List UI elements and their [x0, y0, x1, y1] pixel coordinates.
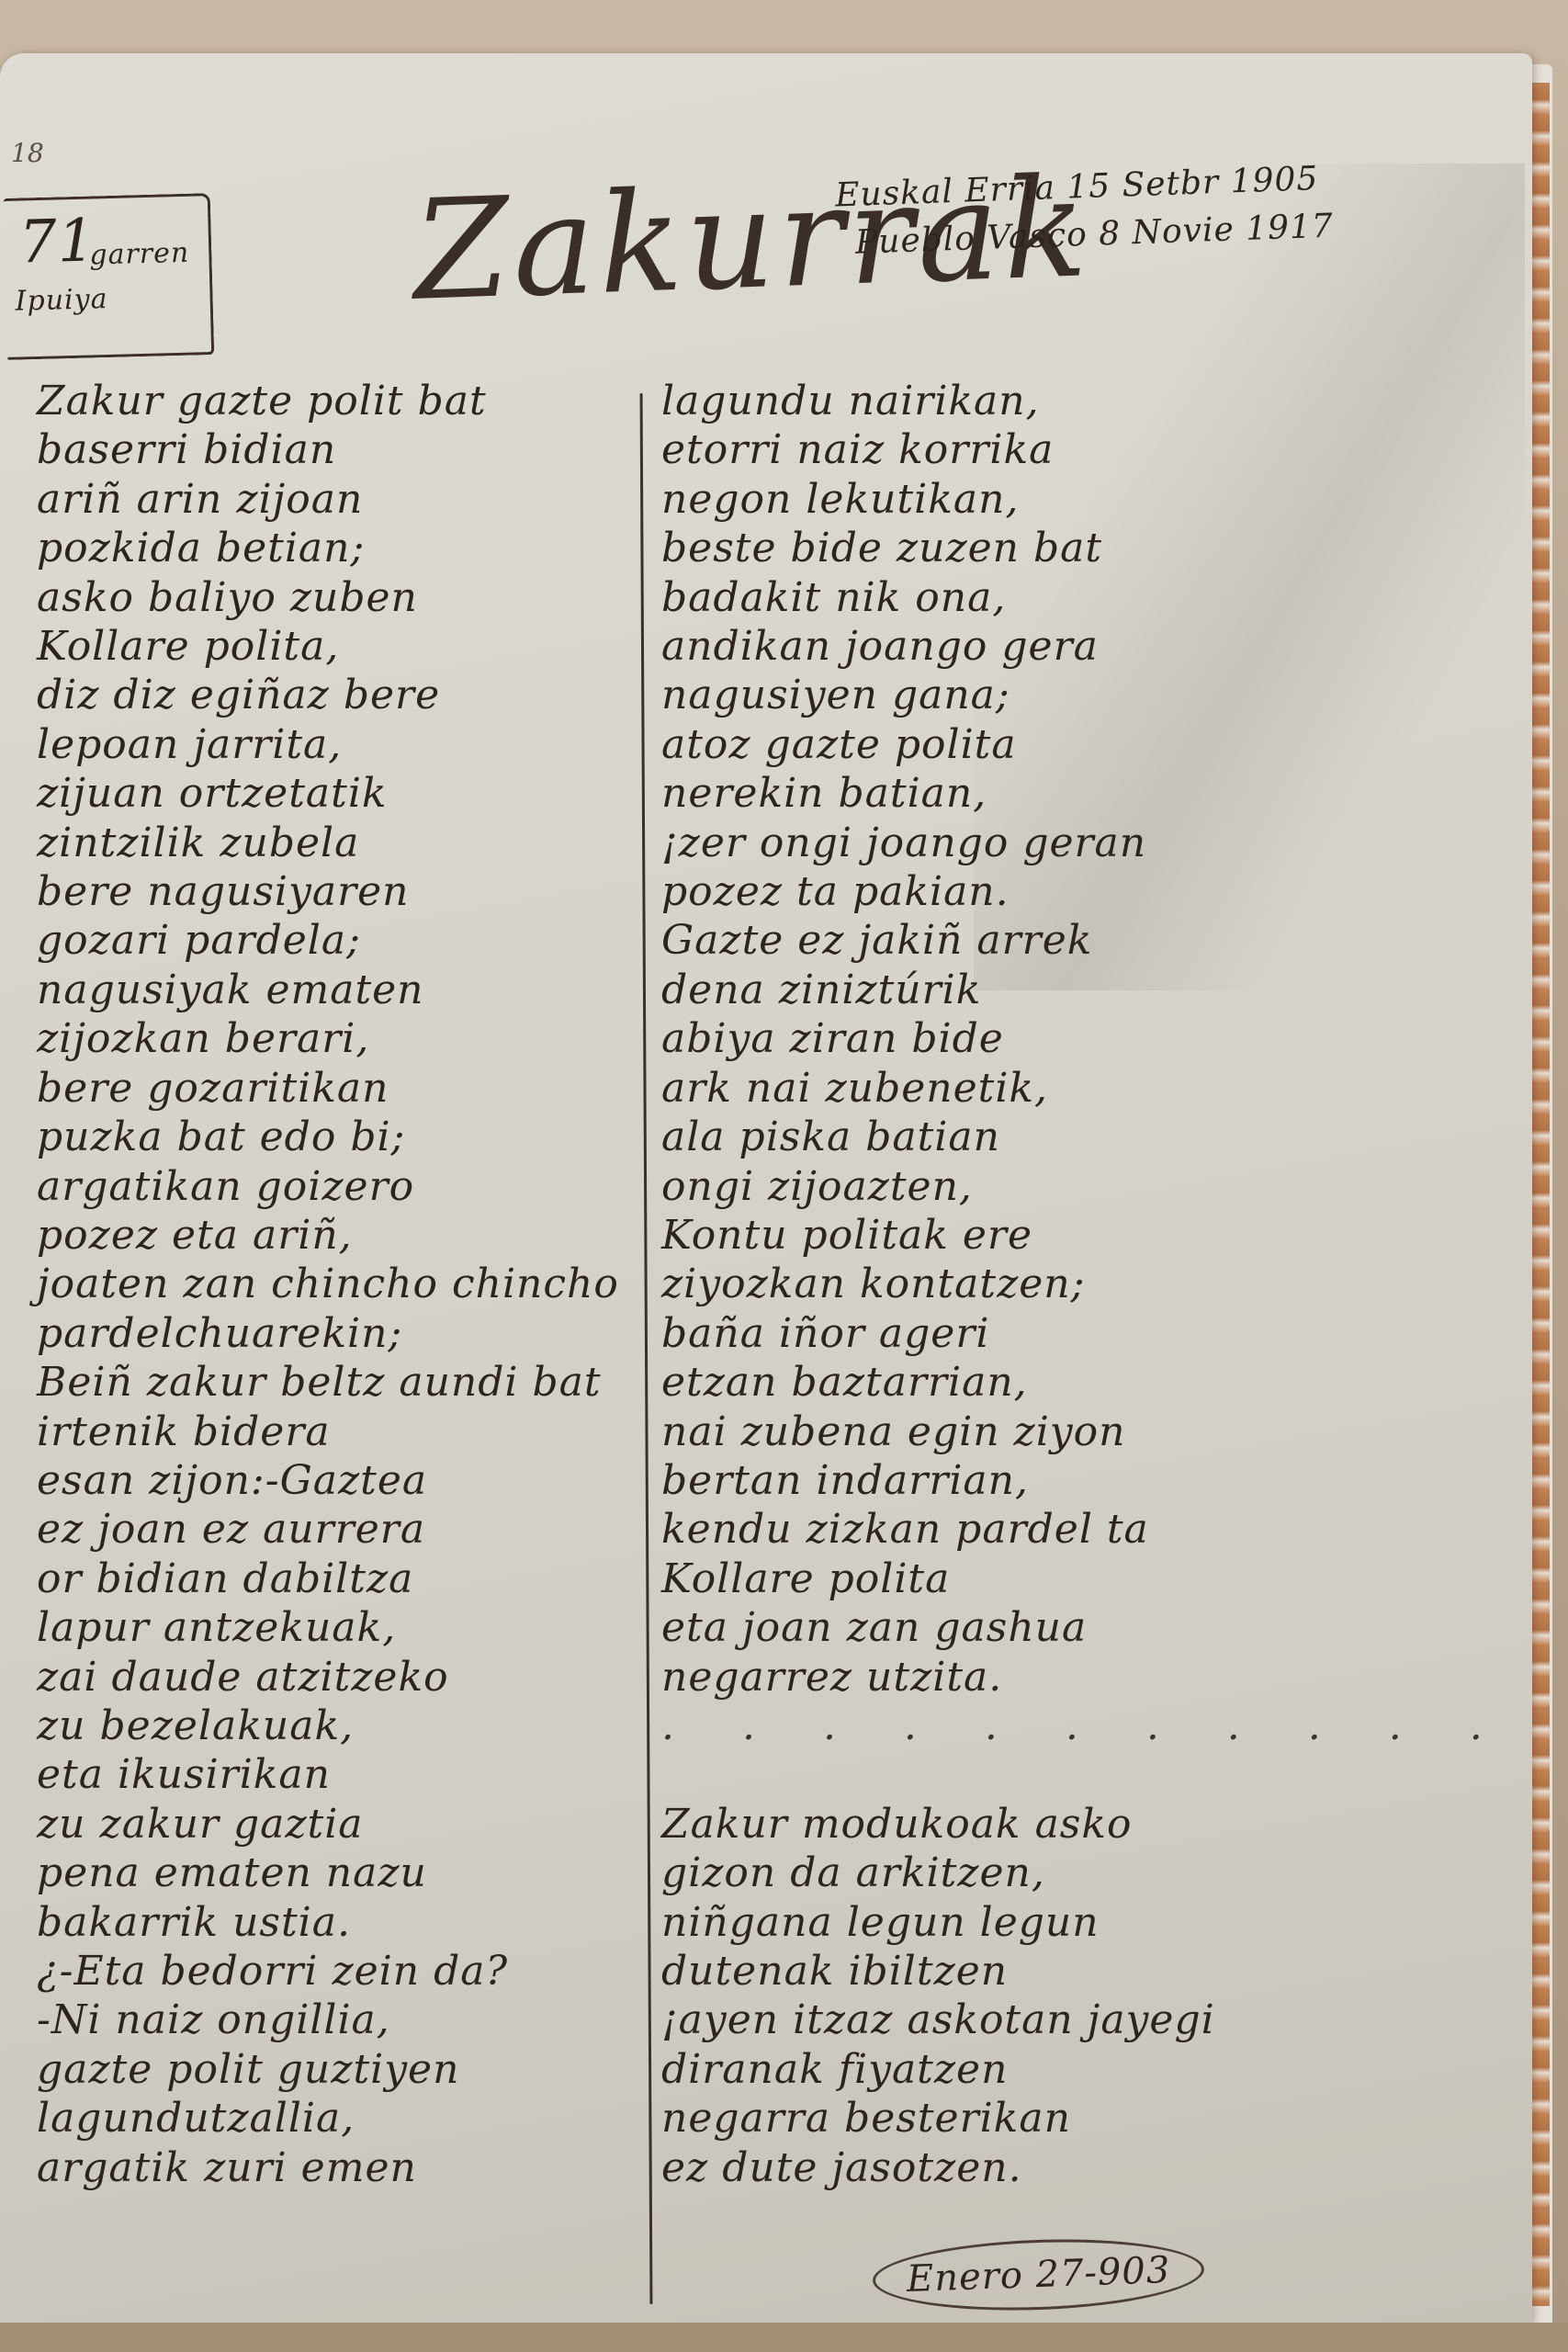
verse-line: zai daude atzitzeko: [37, 1653, 643, 1702]
verse-line: andikan joango gera: [661, 622, 1304, 671]
verse-line: nerekin batian,: [661, 769, 1304, 818]
verse-line: eta joan zan gashua: [661, 1603, 1304, 1652]
verse-line: pardelchuarekin;: [37, 1309, 643, 1358]
date-signature: Enero 27-903: [872, 2234, 1206, 2316]
verse-line: zintzilik zubela: [37, 819, 643, 867]
verse-line: ongi zijoazten,: [661, 1162, 1304, 1211]
verse-line: diz diz egiñaz bere: [37, 671, 643, 719]
verse-line: etzan baztarrian,: [661, 1358, 1304, 1407]
verse-line: gizon da arkitzen,: [661, 1849, 1304, 1897]
verse-line: bere gozaritikan: [37, 1064, 643, 1113]
verse-line: etorri naiz korrika: [661, 425, 1304, 474]
corner-page-mark: 18: [11, 138, 44, 168]
verse-line: atoz gazte polita: [661, 720, 1304, 769]
verse-line: esan zijon:-Gaztea: [37, 1456, 643, 1505]
verse-line: negon lekutikan,: [661, 475, 1304, 524]
poem-left-column: Zakur gazte polit bat baserri bidian ari…: [37, 377, 643, 2192]
verse-line: niñgana legun legun: [661, 1898, 1304, 1947]
verse-line: eta ikusirikan: [37, 1750, 643, 1799]
verse-line: lepoan jarrita,: [37, 720, 643, 769]
verse-line: negarrez utzita.: [661, 1653, 1304, 1702]
verse-line: badakit nik ona,: [661, 573, 1304, 622]
verse-line: diranak fiyatzen: [661, 2045, 1304, 2094]
verse-line: Kollare polita,: [37, 622, 643, 671]
verse-line: beste bide zuzen bat: [661, 524, 1304, 572]
verse-line: zijuan ortzetatik: [37, 769, 643, 818]
verse-line: ¿-Eta bedorri zein da?: [37, 1947, 643, 1996]
verse-line: or bidian dabiltza: [37, 1555, 643, 1603]
verse-line: argatikan goizero: [37, 1162, 643, 1211]
verse-line: joaten zan chincho chincho: [37, 1260, 643, 1308]
verse-line: ¡zer ongi joango geran: [661, 819, 1304, 867]
verse-line: baserri bidian: [37, 425, 643, 474]
chapter-number: 71: [18, 211, 96, 272]
poem-right-column: lagundu nairikan, etorri naiz korrika ne…: [661, 377, 1304, 2192]
verse-line: asko baliyo zuben: [37, 573, 643, 622]
verse-line: ez dute jasotzen.: [661, 2143, 1304, 2192]
verse-line: bere nagusiyaren: [37, 867, 643, 916]
verse-line: nai zubena egin ziyon: [661, 1408, 1304, 1456]
chapter-number-box: 71 garren Ipuiya: [4, 193, 215, 360]
desk-edge: [0, 2323, 1568, 2352]
verse-line: pozkida betian;: [37, 524, 643, 572]
verse-line: bertan indarrian,: [661, 1456, 1304, 1505]
verse-line: dutenak ibiltzen: [661, 1947, 1304, 1996]
manuscript-page: 18 71 garren Ipuiya Zakurrak Euskal Erri…: [0, 53, 1532, 2323]
verse-line: zijozkan berari,: [37, 1014, 643, 1063]
verse-line: -Ni naiz ongillia,: [37, 1996, 643, 2044]
verse-line: Gazte ez jakiñ arrek: [661, 916, 1304, 965]
verse-line: Kontu politak ere: [661, 1211, 1304, 1260]
verse-line: lapur antzekuak,: [37, 1603, 643, 1652]
verse-line: Zakur modukoak asko: [661, 1800, 1304, 1849]
verse-line: negarra besterikan: [661, 2094, 1304, 2143]
verse-line: Kollare polita: [661, 1555, 1304, 1603]
verse-line: nagusiyen gana;: [661, 671, 1304, 719]
section-break-dots: . . . . . . . . . . .: [661, 1702, 1304, 1750]
verse-line: bakarrik ustia.: [37, 1898, 643, 1947]
verse-line: lagundutzallia,: [37, 2094, 643, 2143]
verse-line: Beiñ zakur beltz aundi bat: [37, 1358, 643, 1407]
verse-line: zu bezelakuak,: [37, 1702, 643, 1750]
verse-line: irtenik bidera: [37, 1408, 643, 1456]
verse-line: pena ematen nazu: [37, 1849, 643, 1897]
verse-line: lagundu nairikan,: [661, 377, 1304, 425]
verse-line: pozez ta pakian.: [661, 867, 1304, 916]
verse-line: Zakur gazte polit bat: [37, 377, 643, 425]
verse-line: puzka bat edo bi;: [37, 1113, 643, 1161]
verse-line: argatik zuri emen: [37, 2143, 643, 2192]
verse-line: zu zakur gaztia: [37, 1800, 643, 1849]
verse-line: ¡ayen itzaz askotan jayegi: [661, 1996, 1304, 2044]
verse-line: gazte polit guztiyen: [37, 2045, 643, 2094]
verse-line: kendu zizkan pardel ta: [661, 1505, 1304, 1554]
verse-line: ez joan ez aurrera: [37, 1505, 643, 1554]
verse-line: ariñ arin zijoan: [37, 475, 643, 524]
publication-notes: Euskal Erria 15 Setbr 1905 Pueblo Vasco …: [834, 155, 1334, 268]
blank-line: [661, 1750, 1304, 1799]
verse-line: ala piska batian: [661, 1113, 1304, 1161]
verse-line: abiya ziran bide: [661, 1014, 1304, 1063]
verse-line: ark nai zubenetik,: [661, 1064, 1304, 1113]
verse-line: gozari pardela;: [37, 916, 643, 965]
chapter-label: Ipuiya: [15, 283, 108, 318]
verse-line: baña iñor ageri: [661, 1309, 1304, 1358]
verse-line: dena ziniztúrik: [661, 966, 1304, 1014]
chapter-ordinal: garren: [89, 237, 190, 272]
verse-line: nagusiyak ematen: [37, 966, 643, 1014]
verse-line: pozez eta ariñ,: [37, 1211, 643, 1260]
verse-line: ziyozkan kontatzen;: [661, 1260, 1304, 1308]
